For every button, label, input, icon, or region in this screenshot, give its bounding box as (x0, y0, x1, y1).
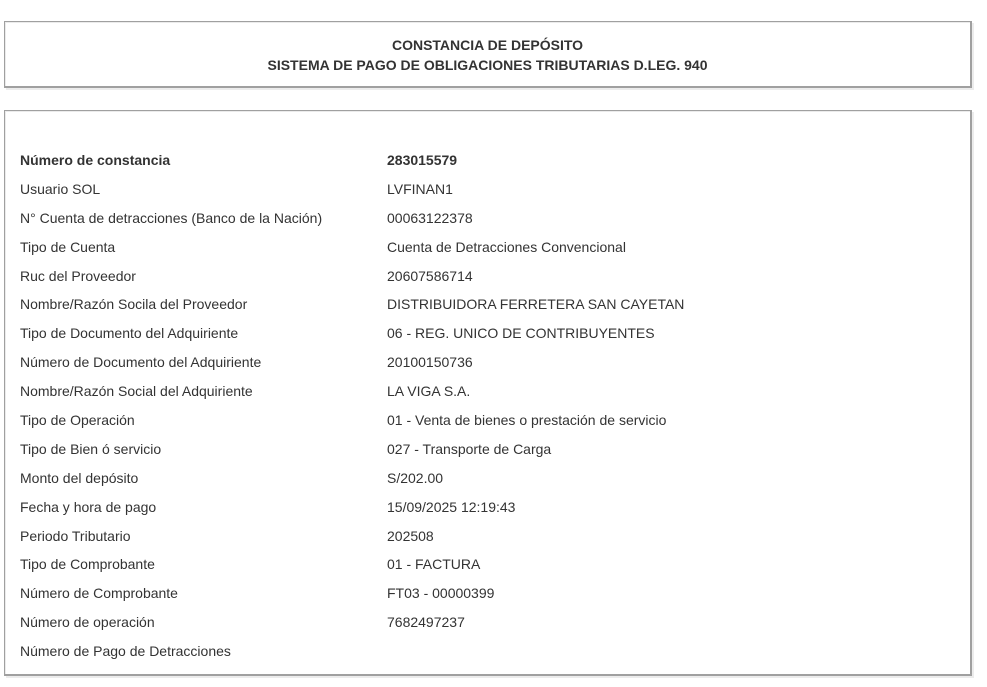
field-label: Periodo Tributario (20, 526, 131, 546)
row-numero-pago-detracciones: Número de Pago de Detracciones (20, 639, 970, 668)
row-cuenta-detracciones: N° Cuenta de detracciones (Banco de la N… (20, 206, 970, 235)
row-fecha-hora-pago: Fecha y hora de pago 15/09/2025 12:19:43 (20, 495, 970, 524)
field-value: FT03 - 00000399 (387, 583, 494, 603)
document-subtitle: SISTEMA DE PAGO DE OBLIGACIONES TRIBUTAR… (5, 55, 970, 75)
field-value: 20100150736 (387, 352, 473, 372)
row-numero-documento-adquiriente: Número de Documento del Adquiriente 2010… (20, 350, 970, 379)
field-value: 202508 (387, 526, 434, 546)
field-value: 027 - Transporte de Carga (387, 439, 551, 459)
field-label: Número de Documento del Adquiriente (20, 352, 261, 372)
document-title: CONSTANCIA DE DEPÓSITO (5, 35, 970, 55)
field-label: Monto del depósito (20, 468, 138, 488)
field-label: Tipo de Bien ó servicio (20, 439, 161, 459)
field-value: LA VIGA S.A. (387, 381, 470, 401)
field-label: Tipo de Comprobante (20, 554, 155, 574)
field-value: 06 - REG. UNICO DE CONTRIBUYENTES (387, 323, 655, 343)
row-numero-comprobante: Número de Comprobante FT03 - 00000399 (20, 581, 970, 610)
deposit-details-list: Número de constancia 283015579 Usuario S… (20, 148, 970, 668)
field-value: 20607586714 (387, 266, 473, 286)
field-value: 7682497237 (387, 612, 465, 632)
row-nombre-adquiriente: Nombre/Razón Social del Adquiriente LA V… (20, 379, 970, 408)
row-periodo-tributario: Periodo Tributario 202508 (20, 524, 970, 553)
field-label: Nombre/Razón Socila del Proveedor (20, 294, 247, 314)
row-nombre-proveedor: Nombre/Razón Socila del Proveedor DISTRI… (20, 292, 970, 321)
field-value: DISTRIBUIDORA FERRETERA SAN CAYETAN (387, 294, 684, 314)
row-numero-constancia: Número de constancia 283015579 (20, 148, 970, 177)
field-value: 01 - FACTURA (387, 554, 480, 574)
deposit-details-panel: Número de constancia 283015579 Usuario S… (4, 110, 972, 676)
field-label: Tipo de Operación (20, 410, 135, 430)
field-value: 15/09/2025 12:19:43 (387, 497, 515, 517)
field-label: Número de operación (20, 612, 155, 632)
row-usuario-sol: Usuario SOL LVFINAN1 (20, 177, 970, 206)
field-label: Ruc del Proveedor (20, 266, 136, 286)
field-label: Número de constancia (20, 150, 170, 170)
field-label: Tipo de Cuenta (20, 237, 115, 257)
row-monto-deposito: Monto del depósito S/202.00 (20, 466, 970, 495)
field-label: Número de Pago de Detracciones (20, 641, 231, 661)
field-label: N° Cuenta de detracciones (Banco de la N… (20, 208, 322, 228)
row-tipo-cuenta: Tipo de Cuenta Cuenta de Detracciones Co… (20, 235, 970, 264)
field-label: Número de Comprobante (20, 583, 178, 603)
row-numero-operacion: Número de operación 7682497237 (20, 610, 970, 639)
field-value: 283015579 (387, 150, 457, 170)
row-tipo-operacion: Tipo de Operación 01 - Venta de bienes o… (20, 408, 970, 437)
row-tipo-comprobante: Tipo de Comprobante 01 - FACTURA (20, 552, 970, 581)
field-label: Nombre/Razón Social del Adquiriente (20, 381, 253, 401)
field-value: Cuenta de Detracciones Convencional (387, 237, 626, 257)
field-value: 01 - Venta de bienes o prestación de ser… (387, 410, 666, 430)
document-header: CONSTANCIA DE DEPÓSITO SISTEMA DE PAGO D… (4, 21, 972, 88)
field-value: S/202.00 (387, 468, 443, 488)
row-ruc-proveedor: Ruc del Proveedor 20607586714 (20, 264, 970, 293)
field-label: Tipo de Documento del Adquiriente (20, 323, 238, 343)
field-value: LVFINAN1 (387, 179, 453, 199)
field-value: 00063122378 (387, 208, 473, 228)
field-label: Usuario SOL (20, 179, 100, 199)
field-label: Fecha y hora de pago (20, 497, 156, 517)
row-tipo-documento-adquiriente: Tipo de Documento del Adquiriente 06 - R… (20, 321, 970, 350)
row-tipo-bien-servicio: Tipo de Bien ó servicio 027 - Transporte… (20, 437, 970, 466)
